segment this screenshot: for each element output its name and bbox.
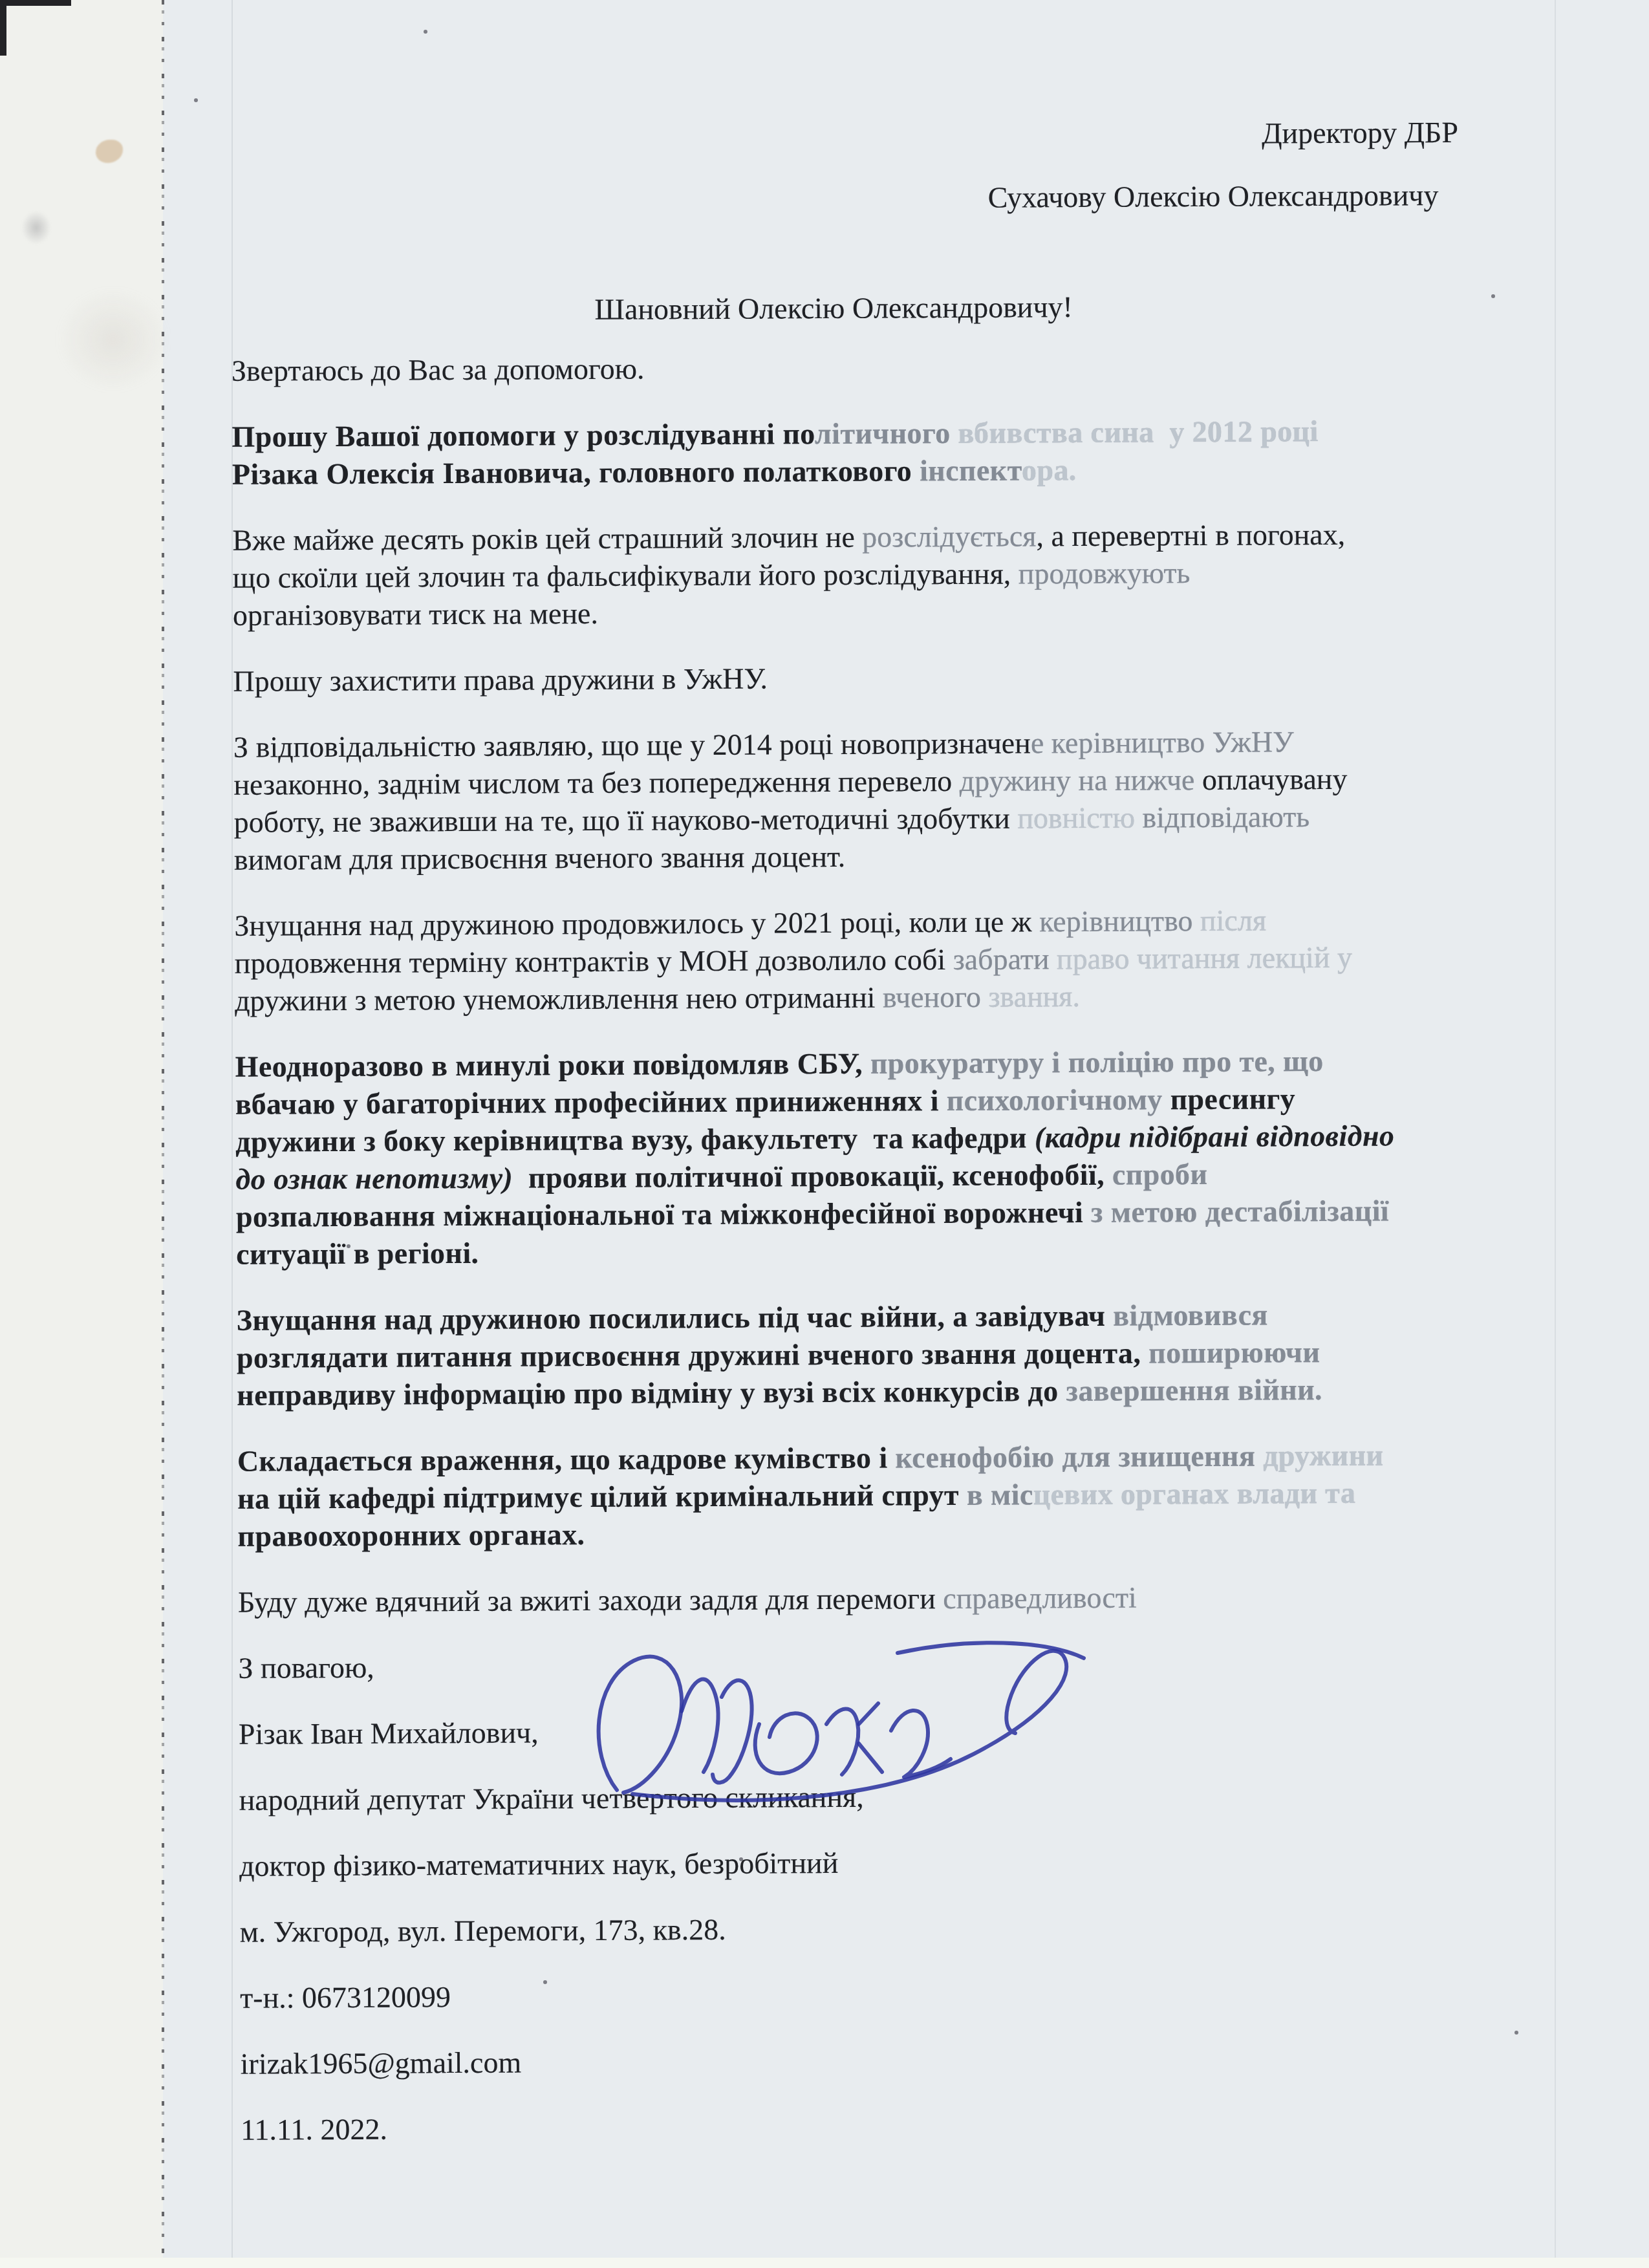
text-segment: irizak1965@gmail.com bbox=[241, 2046, 522, 2080]
text-segment: правоохоронних органах. bbox=[237, 1518, 585, 1553]
text-segment: Прошу Вашої допомоги у розслідуванні по bbox=[232, 417, 815, 453]
text-segment: незаконно, заднім числом та без попередж… bbox=[233, 764, 960, 801]
text-segment: продовження терміну контрактів у МОН доз… bbox=[235, 943, 953, 980]
text-segment: дружину на нижче bbox=[960, 763, 1202, 797]
paragraph: Прошу Вашої допомоги у розслідуванні пол… bbox=[232, 411, 1616, 493]
text-segment: на цій кафедрі підтримує цілий криміналь… bbox=[237, 1478, 967, 1515]
salutation: Шановний Олексію Олександровичу! bbox=[594, 290, 1073, 327]
paragraph: Складається враження, що кадрове кумівст… bbox=[237, 1436, 1622, 1555]
recipient-line-2: Сухачову Олексію Олександровичу bbox=[987, 178, 1438, 215]
paragraph: доктор фізико-математичних наук, безробі… bbox=[239, 1841, 1623, 1885]
text-segment: народний депутат України четвертого скли… bbox=[239, 1780, 863, 1817]
text-segment: прояви політичної провокації, ксенофобії… bbox=[513, 1158, 1112, 1194]
text-segment: ора. bbox=[1022, 453, 1077, 486]
text-segment: Різака Олексія Івановича, головного пола… bbox=[232, 454, 920, 491]
paragraph: Різак Іван Михайлович, bbox=[239, 1709, 1622, 1753]
text-segment: дружини bbox=[1263, 1439, 1384, 1473]
paragraph: З повагою, bbox=[238, 1643, 1622, 1687]
text-segment: (кадри підібрані відповідно bbox=[1035, 1119, 1395, 1154]
text-segment: що скоїли цей злочин та фальсифікували й… bbox=[233, 557, 1018, 594]
paragraph: Прошу захистити права дружини в УжНУ. bbox=[233, 656, 1617, 700]
text-segment: т-н.: 0673120099 bbox=[240, 1980, 451, 2014]
text-segment: Прошу захистити права дружини в УжНУ. bbox=[233, 662, 768, 697]
text-segment: Знущання над дружиною продовжилось у 202… bbox=[234, 905, 1039, 942]
text-segment: оплачувану bbox=[1202, 762, 1348, 796]
text-segment: роботу, не зваживши на те, що її науково… bbox=[234, 801, 1018, 838]
text-segment: вбивства сина у 2012 році bbox=[958, 415, 1318, 449]
text-segment: відповідають bbox=[1142, 800, 1309, 834]
text-segment: в міс bbox=[967, 1478, 1033, 1511]
text-segment: Звертаюсь до Вас за допомогою. bbox=[232, 352, 645, 387]
text-segment: право читання лекцій у bbox=[1057, 941, 1352, 975]
text-segment: е керівництво УжНУ bbox=[1031, 725, 1294, 759]
scanned-letter-page: Директору ДБР Сухачову Олексію Олександр… bbox=[0, 0, 1649, 2268]
text-segment: до ознак непотизму) bbox=[235, 1161, 513, 1196]
paragraph: З відповідальністю заявляю, що ще у 2014… bbox=[233, 722, 1618, 879]
text-segment: продовжують bbox=[1018, 556, 1191, 590]
text-segment: розглядати питання присвоєння дружині вч… bbox=[237, 1336, 1148, 1374]
text-segment: доктор фізико-математичних наук, безробі… bbox=[239, 1846, 838, 1883]
letter-body: Звертаюсь до Вас за допомогою.Прошу Вашо… bbox=[232, 345, 1625, 2149]
text-segment: дружини з боку керівництва вузу, факульт… bbox=[235, 1121, 1035, 1158]
text-segment: поширюючи bbox=[1148, 1335, 1320, 1369]
text-segment: завершення війни. bbox=[1066, 1373, 1322, 1407]
paragraph: 11.11. 2022. bbox=[241, 2104, 1624, 2149]
text-segment: вбачаю у багаторічних професійних приниж… bbox=[235, 1084, 947, 1121]
text-segment: , а перевертні в погонах, bbox=[1036, 518, 1345, 553]
text-segment: літичного bbox=[815, 416, 958, 450]
text-segment: неправдиву інформацію про відміну у вузі… bbox=[237, 1374, 1066, 1412]
text-segment: цевих органах влади та bbox=[1033, 1476, 1356, 1511]
text-segment: ситуації в регіоні. bbox=[236, 1237, 479, 1271]
text-segment: З повагою, bbox=[238, 1651, 374, 1685]
text-segment: дружини з метою унеможливлення нею отрим… bbox=[235, 981, 883, 1017]
text-segment: повністю bbox=[1017, 801, 1142, 834]
text-segment: спроби bbox=[1112, 1158, 1208, 1191]
text-segment: розпалювання міжнаціональної та міжконфе… bbox=[236, 1196, 1091, 1233]
text-segment: З відповідальністю заявляю, що ще у 2014… bbox=[233, 726, 1031, 763]
text-segment: Буду дуже вдячний за вжиті заходи задля … bbox=[238, 1582, 943, 1619]
text-segment: керівництво bbox=[1039, 904, 1200, 938]
text-segment: розслідується bbox=[862, 519, 1036, 553]
paragraph: Знущання над дружиною посилились під час… bbox=[237, 1295, 1621, 1414]
paragraph: м. Ужгород, вул. Перемоги, 173, кв.28. bbox=[239, 1906, 1623, 1951]
text-segment: Знущання над дружиною посилились під час… bbox=[237, 1299, 1114, 1337]
paragraph: Буду дуже вдячний за вжиті заходи задля … bbox=[238, 1577, 1622, 1621]
letter-content: Директору ДБР Сухачову Олексію Олександр… bbox=[0, 0, 1649, 2268]
text-segment: забрати bbox=[953, 942, 1057, 976]
text-segment: Складається враження, що кадрове кумівст… bbox=[237, 1441, 896, 1477]
text-segment: справедливості bbox=[943, 1581, 1137, 1615]
paragraph: Звертаюсь до Вас за допомогою. bbox=[232, 345, 1615, 390]
text-segment: психологічному bbox=[947, 1083, 1170, 1117]
text-segment: Різак Іван Михайлович, bbox=[239, 1716, 539, 1750]
paragraph: народний депутат України четвертого скли… bbox=[239, 1775, 1622, 1819]
text-segment: 11.11. 2022. bbox=[241, 2113, 387, 2146]
recipient-line-1: Директору ДБР bbox=[1262, 115, 1458, 151]
paragraph: Знущання над дружиною продовжилось у 202… bbox=[234, 900, 1619, 1020]
text-segment: м. Ужгород, вул. Перемоги, 173, кв.28. bbox=[239, 1913, 726, 1949]
text-segment: вимогам для присвоєння вченого звання до… bbox=[234, 840, 845, 876]
paragraph: т-н.: 0673120099 bbox=[240, 1972, 1624, 2017]
paragraph: Вже майже десять років цей страшний злоч… bbox=[232, 515, 1617, 634]
text-segment: з метою дестабілізації bbox=[1091, 1194, 1389, 1228]
text-segment: ксенофобію для знищення bbox=[895, 1439, 1263, 1474]
paragraph: irizak1965@gmail.com bbox=[241, 2038, 1624, 2083]
text-segment: після bbox=[1200, 903, 1266, 937]
text-segment: пресингу bbox=[1170, 1082, 1295, 1116]
text-segment: вченого bbox=[883, 980, 989, 1014]
text-segment: організовувати тиск на мене. bbox=[233, 597, 598, 632]
paragraph: Неодноразово в минулі роки повідомляв СБ… bbox=[235, 1041, 1620, 1273]
text-segment: звання. bbox=[988, 980, 1080, 1013]
text-segment: інспект bbox=[920, 453, 1022, 487]
text-segment: прокуратуру і поліцію про те, що bbox=[870, 1044, 1324, 1080]
text-segment: Вже майже десять років цей страшний злоч… bbox=[232, 521, 862, 557]
text-segment: відмовився bbox=[1113, 1298, 1268, 1332]
text-segment: Неодноразово в минулі роки повідомляв СБ… bbox=[235, 1047, 870, 1083]
